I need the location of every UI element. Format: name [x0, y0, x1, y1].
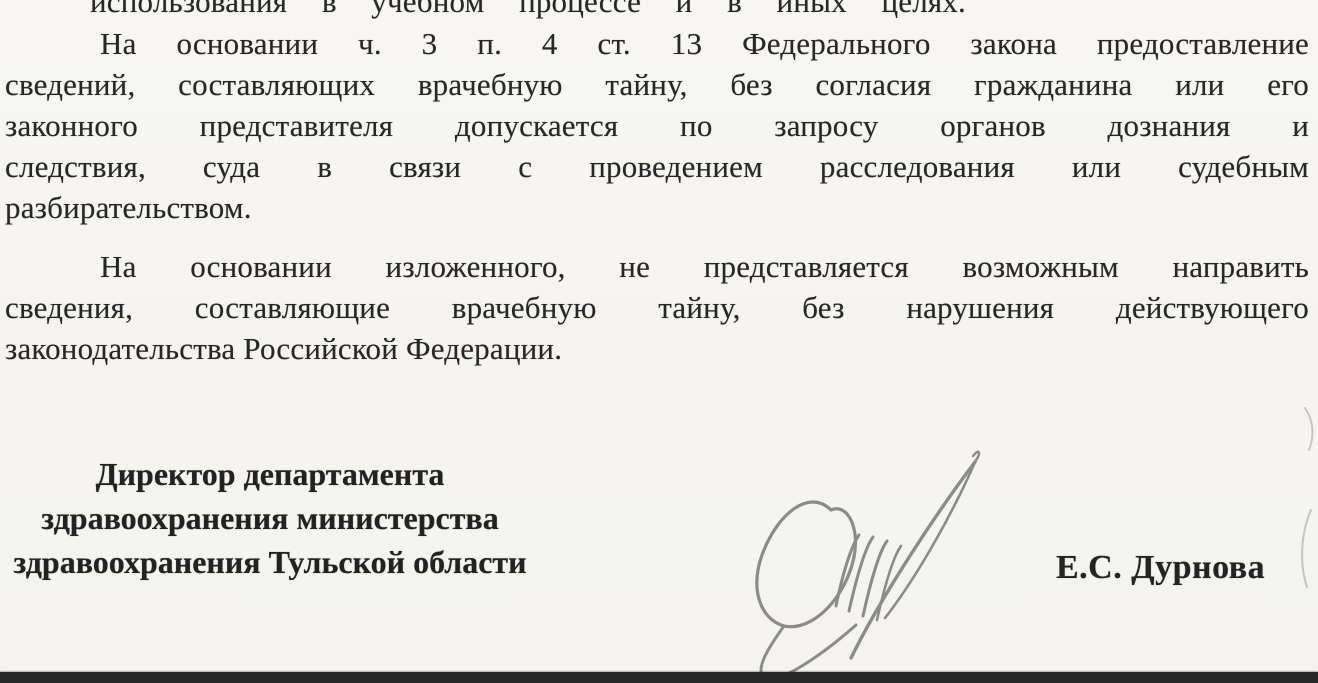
scanned-document-page: использования в учебном процессе и в ины…	[0, 0, 1318, 683]
clipped-top-line: использования в учебном процессе и в ины…	[90, 0, 966, 22]
paragraph2-line3: законодательства Российской Федерации.	[5, 328, 1309, 369]
paragraph1-line2: сведений, составляющих врачебную тайну, …	[5, 64, 1309, 105]
paragraph-legal-basis: На основании ч. 3 п. 4 ст. 13 Федерально…	[5, 23, 1309, 228]
paragraph2-line2: сведения, составляющие врачебную тайну, …	[5, 287, 1309, 328]
signer-name: Е.С. Дурнова	[1056, 549, 1265, 587]
signer-title-line3: здравоохранения Тульской области	[0, 540, 540, 584]
paragraph1-line5: разбирательством.	[5, 187, 1309, 228]
paragraph1-line1: На основании ч. 3 п. 4 ст. 13 Федерально…	[5, 23, 1309, 64]
paragraph-conclusion: На основании изложенного, не представляе…	[5, 246, 1309, 369]
signer-title-line1: Директор департамента	[0, 452, 540, 496]
paragraph2-line1: На основании изложенного, не представляе…	[5, 246, 1309, 287]
scan-bottom-bar	[0, 672, 1318, 683]
signer-title-block: Директор департамента здравоохранения ми…	[0, 452, 540, 584]
signer-title-line2: здравоохранения министерства	[0, 496, 540, 540]
paragraph1-line3: законного представителя допускается по з…	[5, 105, 1309, 146]
paragraph1-line4: следствия, суда в связи с проведением ра…	[5, 146, 1309, 187]
scan-edge-artifact-icon	[1298, 405, 1318, 615]
